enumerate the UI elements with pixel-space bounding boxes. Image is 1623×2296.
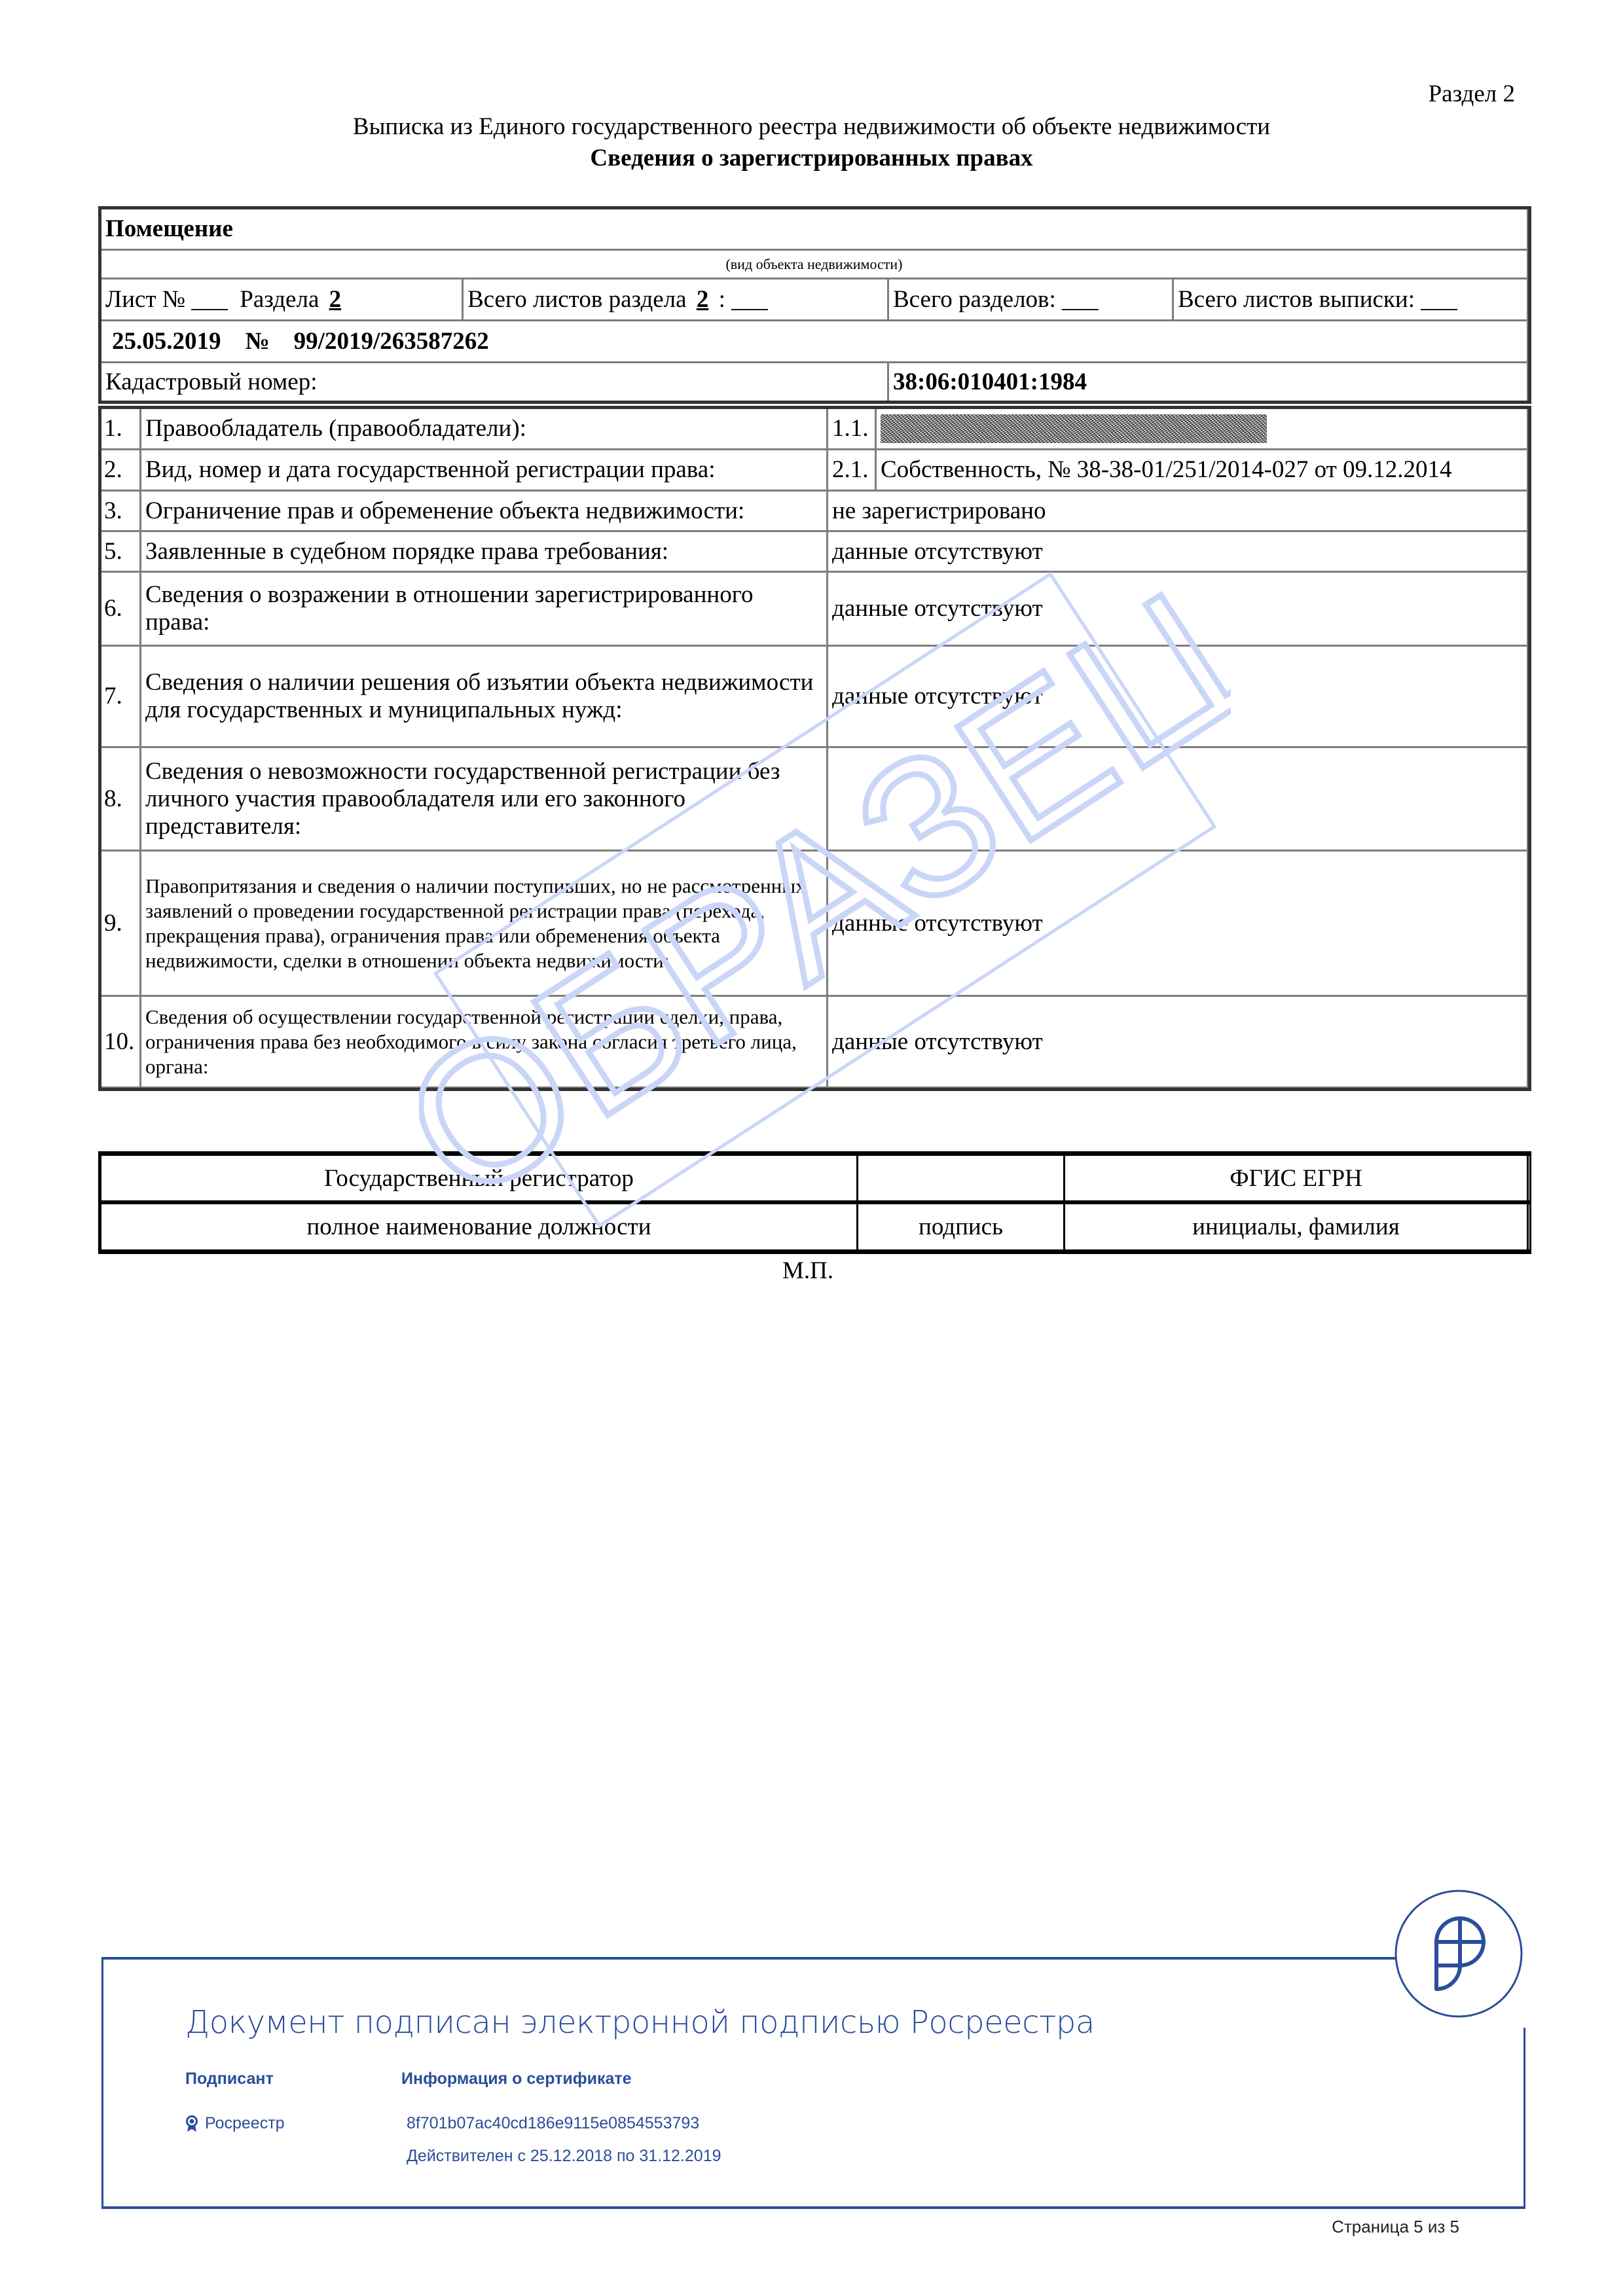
- row-number: 9.: [100, 850, 141, 997]
- e-signature-title: Документ подписан электронной подписью Р…: [185, 2004, 1095, 2041]
- row-label: Сведения о наличии решения об изъятии об…: [139, 645, 828, 748]
- row-value: данные отсутствуют: [826, 850, 1529, 997]
- row-value: данные отсутствуют: [826, 530, 1529, 573]
- signer-heading: Подписант: [185, 2070, 274, 2089]
- row-label: Заявленные в судебном порядке права треб…: [139, 530, 828, 573]
- row-label: Сведения о возражении в отношении зареги…: [139, 571, 828, 647]
- signer-name: Росреестр: [205, 2114, 285, 2133]
- row-label: Ограничение прав и обременение объекта н…: [139, 490, 828, 532]
- row-value: данные отсутствуют: [826, 645, 1529, 748]
- row-subnumber: 1.1.: [826, 407, 877, 450]
- total-sheets-section: Всего листов раздела 2 : ___: [462, 278, 889, 321]
- rosreestr-logo-icon: [1393, 1888, 1524, 2019]
- cadastral-number: 38:06:010401:1984: [887, 361, 1529, 403]
- sheet-number-label: Лист № ___ Раздела: [105, 286, 325, 314]
- signer: Росреестр: [185, 2114, 285, 2133]
- row-label: Сведения о невозможности государственной…: [139, 746, 828, 852]
- total-sheets-section-value: 2: [693, 286, 713, 314]
- total-sheets-section-label: Всего листов раздела: [467, 286, 693, 314]
- row-value: данные отсутствуют: [826, 995, 1529, 1088]
- document-title: Выписка из Единого государственного реес…: [0, 113, 1623, 141]
- row-label: Правопритязания и сведения о наличии пос…: [139, 850, 828, 997]
- row-number: 6.: [100, 571, 141, 647]
- sheet-section-value: 2: [325, 286, 346, 314]
- row-value: [826, 746, 1529, 852]
- page-number: Страница 5 из 5: [1332, 2217, 1459, 2237]
- total-sections: Всего разделов: ___: [887, 278, 1174, 321]
- row-number: 10.: [100, 995, 141, 1088]
- section-label: Раздел 2: [1429, 80, 1515, 108]
- row-number: 7.: [100, 645, 141, 748]
- row-number: 1.: [100, 407, 141, 450]
- row-label: Сведения об осуществлении государственно…: [139, 995, 828, 1088]
- row-label: Правообладатель (правообладатели):: [139, 407, 828, 450]
- cadastral-label: Кадастровый номер:: [100, 361, 889, 403]
- certificate-heading: Информация о сертификате: [401, 2070, 632, 2089]
- total-sheets-section-suffix: : ___: [712, 286, 767, 314]
- date-and-number: 25.05.2019 № 99/2019/263587262: [100, 319, 1529, 363]
- row-number: 3.: [100, 490, 141, 532]
- row-number: 5.: [100, 530, 141, 573]
- object-type: Помещение: [100, 207, 1529, 251]
- row-subnumber: 2.1.: [826, 448, 877, 492]
- row-value: [875, 407, 1529, 450]
- certificate-serial: 8f701b07ac40cd186e9115e0854553793: [407, 2114, 699, 2133]
- row-number: 8.: [100, 746, 141, 852]
- object-type-caption: (вид объекта недвижимости): [100, 249, 1529, 279]
- row-number: 2.: [100, 448, 141, 492]
- redacted-owner-name: [881, 414, 1267, 443]
- e-signature-block: Документ подписан электронной подписью Р…: [101, 1957, 1525, 2209]
- row-label: Вид, номер и дата государственной регист…: [139, 448, 828, 492]
- award-ribbon-icon: [185, 2115, 198, 2132]
- total-extract-sheets: Всего листов выписки: ___: [1172, 278, 1529, 321]
- certificate-validity: Действителен с 25.12.2018 по 31.12.2019: [407, 2147, 721, 2166]
- sheet-number: Лист № ___ Раздела 2: [100, 278, 464, 321]
- document-subtitle: Сведения о зарегистрированных правах: [0, 144, 1623, 172]
- stamp-place: М.П.: [782, 1257, 833, 1285]
- row-value: данные отсутствуют: [826, 571, 1529, 647]
- row-value: не зарегистрировано: [826, 490, 1529, 532]
- row-value: Собственность, № 38-38-01/251/2014-027 о…: [875, 448, 1529, 492]
